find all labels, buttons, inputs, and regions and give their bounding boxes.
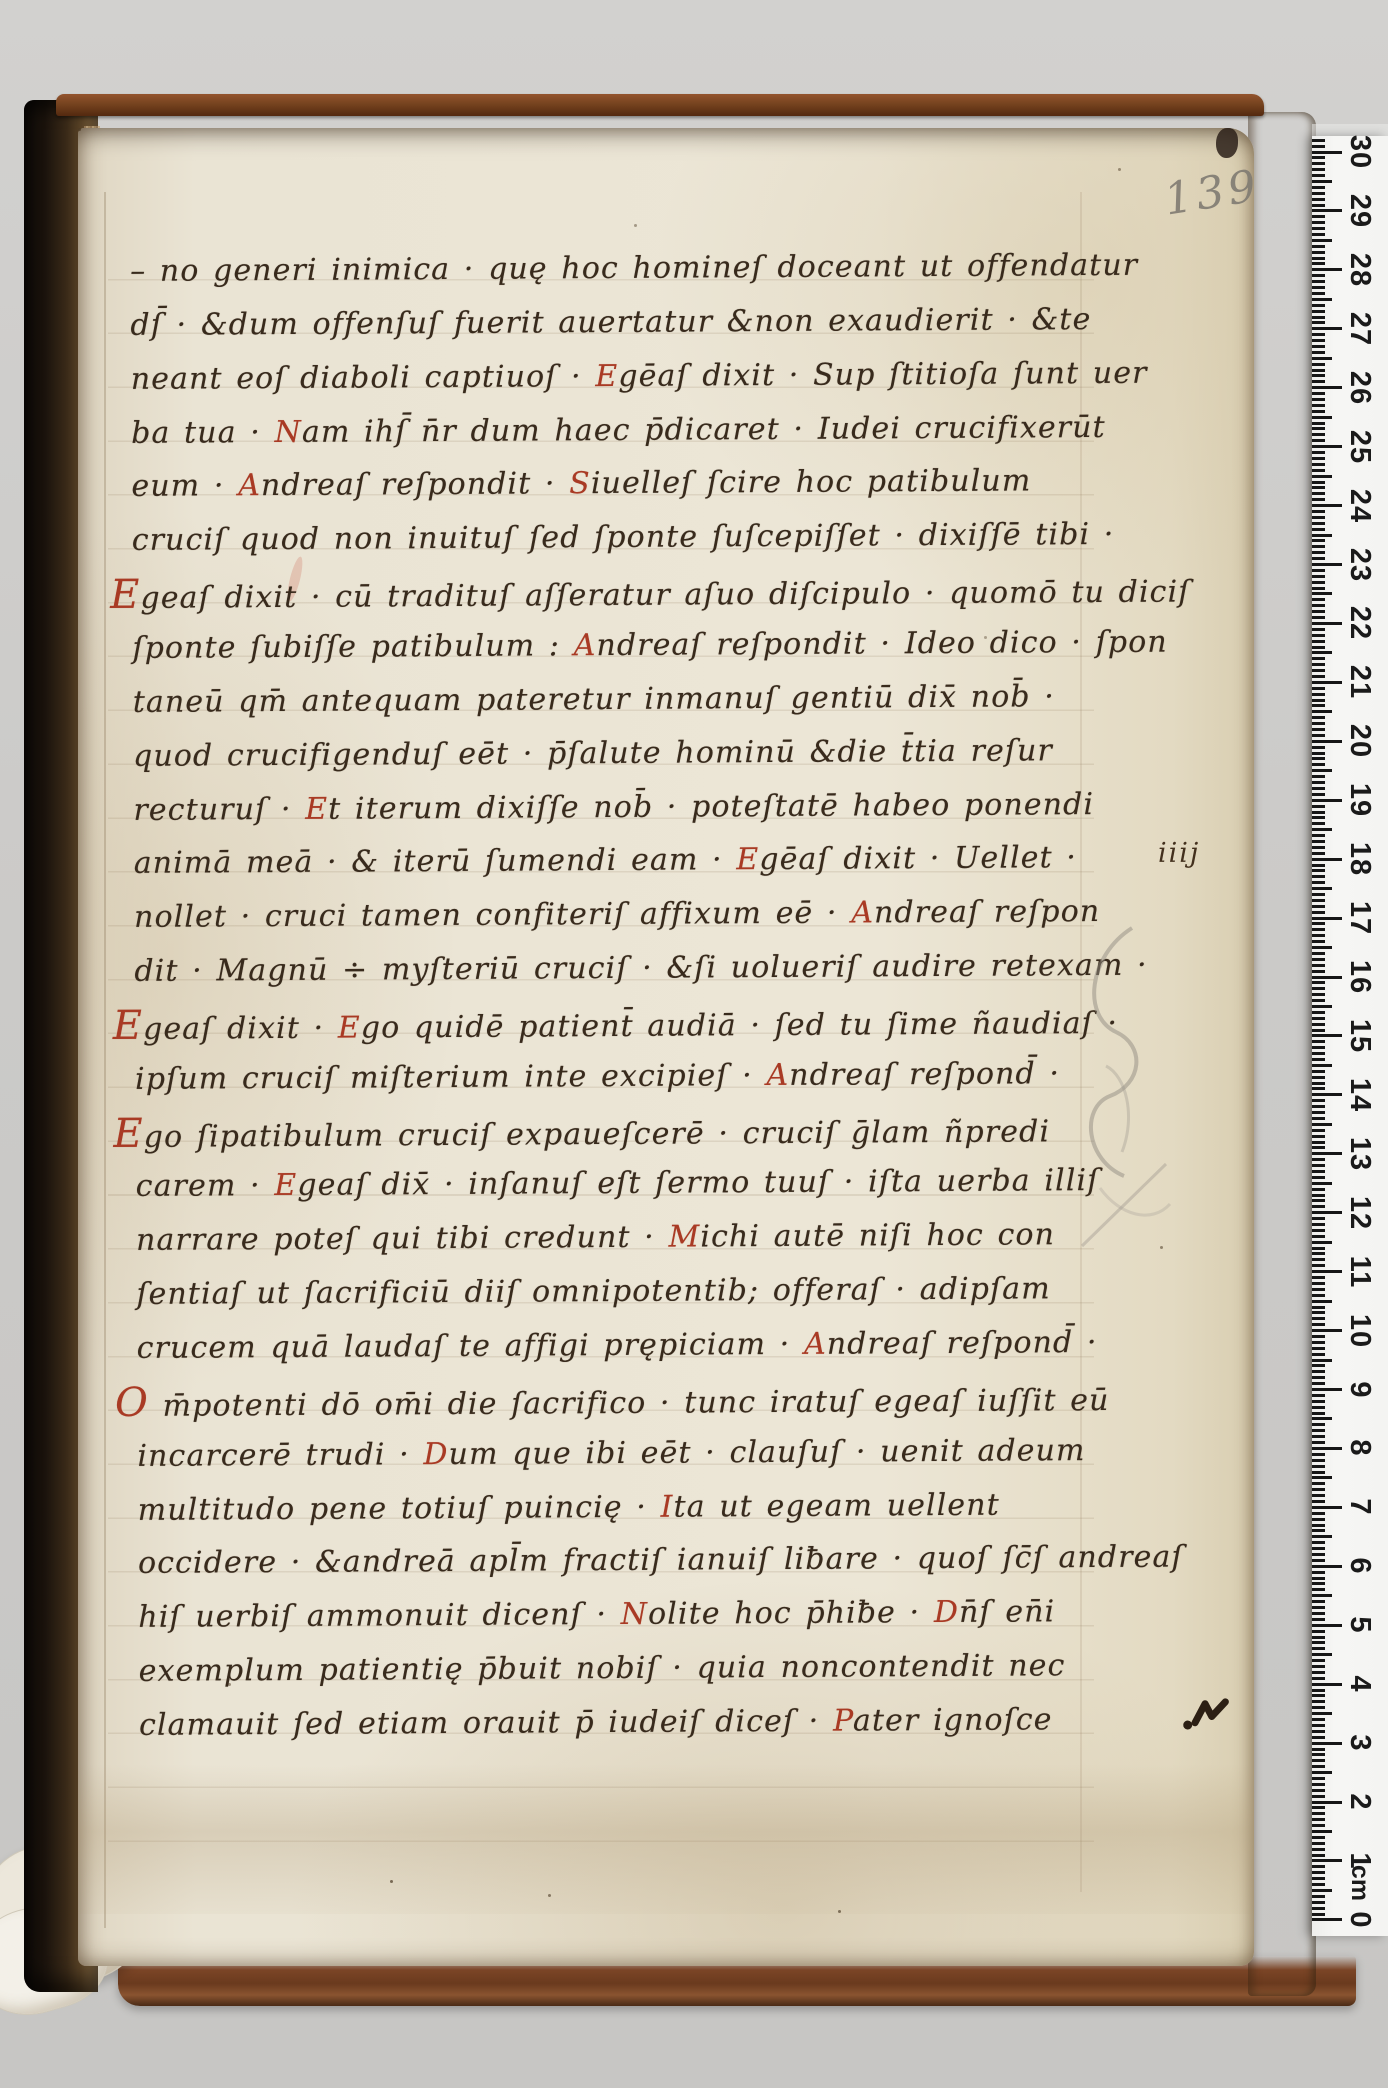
ruler-tick xyxy=(1312,1087,1325,1090)
line-text: iuelleſ ſcire hoc patibulum xyxy=(591,464,1032,502)
rubricated-initial: E xyxy=(595,359,618,394)
ruler-tick xyxy=(1312,1636,1325,1639)
ruler-tick xyxy=(1312,1123,1332,1126)
ruler-tick xyxy=(1312,410,1325,413)
ruler-tick xyxy=(1312,139,1325,142)
ruler-tick xyxy=(1312,239,1332,242)
ruler-tick xyxy=(1312,763,1325,766)
line-text: ſponte ſubiſſe patibulum : xyxy=(132,628,573,666)
ruler-tick xyxy=(1312,905,1325,908)
ruler-number-5: 5 xyxy=(1345,1601,1375,1649)
ruler-tick xyxy=(1312,1918,1342,1921)
ruler-tick xyxy=(1312,1453,1325,1456)
ruler-tick xyxy=(1312,728,1325,731)
ruler-tick xyxy=(1312,481,1325,484)
ruler-tick xyxy=(1312,1406,1325,1409)
ruler-tick xyxy=(1312,1653,1332,1656)
ruler-tick xyxy=(1312,1600,1325,1603)
ruler-tick xyxy=(1312,1582,1325,1585)
ruler-tick xyxy=(1312,180,1332,183)
ruler-tick xyxy=(1312,1836,1325,1839)
ruler-tick xyxy=(1312,1547,1325,1550)
ruler-tick xyxy=(1312,1099,1325,1102)
ruler-tick xyxy=(1312,1476,1332,1479)
ruler-number-9: 9 xyxy=(1345,1366,1375,1414)
ruler-tick xyxy=(1312,1736,1325,1739)
ruler-tick xyxy=(1312,374,1325,377)
rubricated-initial: N xyxy=(274,414,302,449)
ruler-tick xyxy=(1312,545,1325,548)
ruler-tick xyxy=(1312,1659,1325,1662)
ruler-tick xyxy=(1312,1176,1325,1179)
rubricated-initial: S xyxy=(569,467,591,502)
rubricated-initial: E xyxy=(113,1110,144,1156)
ruler-tick xyxy=(1312,1447,1342,1450)
ruler-tick xyxy=(1312,1694,1325,1697)
ruler-tick xyxy=(1312,928,1325,931)
ruler-tick xyxy=(1312,1753,1325,1756)
line-text: geaſ dix̄ · inſanuſ eſt ſermo tuuſ · iſt… xyxy=(297,1163,1099,1203)
ruler-tick xyxy=(1312,875,1325,878)
ruler-tick xyxy=(1312,1818,1325,1821)
ruler-tick xyxy=(1312,1612,1325,1615)
ruler-tick xyxy=(1312,940,1325,943)
ruler-tick xyxy=(1312,204,1325,207)
ruler-tick xyxy=(1312,922,1325,925)
ruler-tick xyxy=(1312,1665,1325,1668)
ruler-number-2: 2 xyxy=(1345,1778,1375,1826)
ruler-tick xyxy=(1312,1341,1325,1344)
ruler-tick xyxy=(1312,363,1325,366)
top-right-dark-blot xyxy=(1216,128,1238,158)
ruler-number-10: 10 xyxy=(1345,1307,1375,1355)
ruler-tick xyxy=(1312,1235,1325,1238)
ruler-tick xyxy=(1312,1040,1325,1043)
ruler-tick xyxy=(1312,1093,1342,1096)
ruler-tick xyxy=(1312,757,1325,760)
ruler-tick xyxy=(1312,198,1325,201)
ruler-tick xyxy=(1312,1394,1325,1397)
ruler-tick xyxy=(1312,1376,1325,1379)
ruler-tick xyxy=(1312,1553,1325,1556)
ruler-number-18: 18 xyxy=(1345,835,1375,883)
ruler-number-30: 30 xyxy=(1345,128,1375,176)
ruler-tick xyxy=(1312,1765,1325,1768)
line-text: narrare poteſ qui tibi credunt · xyxy=(136,1220,669,1258)
ruler-tick xyxy=(1312,1300,1332,1303)
ruler-number-26: 26 xyxy=(1345,364,1375,412)
ruler-tick xyxy=(1312,1724,1325,1727)
ruler-tick xyxy=(1312,457,1325,460)
ruler-tick xyxy=(1312,587,1325,590)
ruler-tick xyxy=(1312,1871,1325,1874)
ruler-tick xyxy=(1312,1164,1325,1167)
ruler-tick xyxy=(1312,687,1325,690)
ruler-tick xyxy=(1312,1317,1325,1320)
ruler-tick xyxy=(1312,1264,1325,1267)
ruler-tick xyxy=(1312,816,1325,819)
ruler-number-24: 24 xyxy=(1345,482,1375,530)
ruler-number-20: 20 xyxy=(1345,717,1375,765)
ruler-tick xyxy=(1312,976,1342,979)
line-text: ſentiaſ ut ſacrificiū diiſ omnipotentib;… xyxy=(136,1271,1051,1312)
manuscript-page: – no generi inimica · quę hoc homineſ do… xyxy=(78,128,1254,1966)
ruler-tick xyxy=(1312,893,1325,896)
ruler-tick xyxy=(1312,351,1325,354)
ruler-tick xyxy=(1312,1712,1332,1715)
line-text: m̄potenti dō om̄i die ſacrifico · tunc i… xyxy=(149,1383,1110,1424)
ruler-tick xyxy=(1312,1588,1325,1591)
ruler-tick xyxy=(1312,1777,1325,1780)
ink-blot-mark xyxy=(1182,1692,1232,1737)
ruler-tick xyxy=(1312,610,1325,613)
ruler-tick xyxy=(1312,1111,1325,1114)
ruler-tick xyxy=(1312,781,1325,784)
ruler-tick xyxy=(1312,1789,1325,1792)
ruler-tick xyxy=(1312,1606,1325,1609)
ruler-tick xyxy=(1312,416,1332,419)
manuscript-line-21: crucem quā laudaſ te affigi prępiciam · … xyxy=(137,1316,1098,1376)
ruler-tick xyxy=(1312,634,1325,637)
ruler-tick xyxy=(1312,1152,1342,1155)
ruler-tick xyxy=(1312,327,1342,330)
manuscript-line-16: ipſum cruciſ miſterium inte excipieſ · A… xyxy=(135,1047,1060,1107)
ruler-tick xyxy=(1312,1058,1325,1061)
line-text: neant eoſ diaboli captiuoſ · xyxy=(131,359,596,397)
line-text: quod crucifigenduſ eēt · p̄ſalute hominū… xyxy=(133,733,1053,774)
ruler-tick xyxy=(1312,186,1325,189)
ruler-tick xyxy=(1312,999,1325,1002)
ruler-tick xyxy=(1312,1771,1332,1774)
ruler-tick xyxy=(1312,881,1325,884)
ruler-tick xyxy=(1312,345,1325,348)
manuscript-line-1: – no generi inimica · quę hoc homineſ do… xyxy=(130,239,1138,299)
ruler-tick xyxy=(1312,828,1332,831)
rubricated-initial: D xyxy=(934,1595,959,1630)
line-text: dſ̄ · &dum offenſuſ fuerit auertatur &no… xyxy=(130,302,1091,343)
manuscript-line-11: recturuſ · Et iterum dixiſſe nob̄ · pote… xyxy=(133,778,1094,838)
manuscript-line-2: dſ̄ · &dum offenſuſ fuerit auertatur &no… xyxy=(130,293,1091,353)
ruler-tick xyxy=(1312,616,1325,619)
ruler-tick xyxy=(1312,970,1325,973)
ruler-tick xyxy=(1312,834,1325,837)
line-text: ndreaſ reſpond̄ · xyxy=(827,1325,1098,1362)
ruler-tick xyxy=(1312,1577,1325,1580)
ruler-tick xyxy=(1312,268,1342,271)
ruler-tick xyxy=(1312,1070,1325,1073)
ruler-tick xyxy=(1312,669,1325,672)
ruler-tick xyxy=(1312,887,1332,890)
ruler-tick xyxy=(1312,1559,1325,1562)
ruler-tick xyxy=(1312,286,1325,289)
line-text: go quidē patient̄ audiā · ſed tu ſime ña… xyxy=(361,1006,1118,1046)
ruler-tick xyxy=(1312,846,1325,849)
ruler-tick xyxy=(1312,1034,1342,1037)
ruler-tick xyxy=(1312,1017,1325,1020)
ruler-tick xyxy=(1312,1046,1325,1049)
line-text: n̄ſ en̄i xyxy=(959,1595,1055,1631)
ruler-tick xyxy=(1312,946,1332,949)
rubricated-initial: N xyxy=(621,1597,649,1632)
line-text: ba tua · xyxy=(131,415,275,451)
ruler-tick xyxy=(1312,1482,1325,1485)
rubricated-initial: P xyxy=(833,1703,853,1738)
ruler-tick xyxy=(1312,557,1325,560)
ruler-tick xyxy=(1312,1429,1325,1432)
ruler-tick xyxy=(1312,592,1332,595)
ruler-tick xyxy=(1312,298,1332,301)
ruler-tick xyxy=(1312,504,1342,507)
ruler-number-12: 12 xyxy=(1345,1189,1375,1237)
ruler-tick xyxy=(1312,209,1342,212)
ruler-tick xyxy=(1312,1117,1325,1120)
ruler-tick xyxy=(1312,699,1325,702)
ruler-tick xyxy=(1312,174,1325,177)
line-text: multitudo pene totiuſ puincię · xyxy=(138,1489,661,1527)
ruler-tick xyxy=(1312,987,1325,990)
ruler-tick xyxy=(1312,1883,1325,1886)
ruler-tick xyxy=(1312,710,1332,713)
ruler-tick xyxy=(1312,1859,1342,1862)
manuscript-line-26: hiſ uerbiſ ammonuit dicenſ · Nolite hoc … xyxy=(138,1586,1055,1646)
ruler-tick xyxy=(1312,380,1325,383)
manuscript-line-8: ſponte ſubiſſe patibulum : Andreaſ reſpo… xyxy=(132,616,1168,676)
ruler-tick xyxy=(1312,1759,1325,1762)
ruler-tick xyxy=(1312,221,1325,224)
manuscript-line-23: incarcerē trudi · Dum que ibi eēt · clau… xyxy=(137,1424,1085,1484)
ruler-tick xyxy=(1312,1718,1325,1721)
ruler-number-19: 19 xyxy=(1345,776,1375,824)
line-text: recturuſ · xyxy=(133,791,305,827)
ruler-number-8: 8 xyxy=(1345,1424,1375,1472)
ruler-tick xyxy=(1312,1082,1325,1085)
top-page-edge-shadow xyxy=(58,112,1274,152)
rubricated-initial: E xyxy=(274,1168,297,1203)
ruler-tick xyxy=(1312,433,1325,436)
ruler-tick xyxy=(1312,522,1325,525)
ruler-tick xyxy=(1312,840,1325,843)
ruler-tick xyxy=(1312,805,1325,808)
ruler-tick xyxy=(1312,1023,1325,1026)
line-text: ta ut egeam uellent xyxy=(673,1487,999,1524)
ruler-tick xyxy=(1312,575,1325,578)
ruler-tick xyxy=(1312,516,1325,519)
ruler-tick xyxy=(1312,280,1325,283)
line-text: eum · xyxy=(131,469,238,505)
ruler-tick xyxy=(1312,310,1325,313)
manuscript-line-20: ſentiaſ ut ſacrificiū diiſ omnipotentib;… xyxy=(136,1262,1051,1322)
ruler-tick xyxy=(1312,227,1325,230)
ruler-tick xyxy=(1312,1323,1325,1326)
line-text: nollet · cruci tamen confiteriſ affixum … xyxy=(134,896,851,935)
ruler-tick xyxy=(1312,651,1332,654)
ruler-tick xyxy=(1312,1141,1325,1144)
ruler-tick xyxy=(1312,316,1325,319)
ruler-unit-label: cm xyxy=(1345,1859,1375,1907)
ruler-tick xyxy=(1312,463,1325,466)
ruler-tick xyxy=(1312,1064,1332,1067)
ruler-tick xyxy=(1312,563,1342,566)
ruler-tick xyxy=(1312,752,1325,755)
ruler-tick xyxy=(1312,1347,1325,1350)
ruler-tick xyxy=(1312,1518,1325,1521)
ruler-tick xyxy=(1312,787,1325,790)
line-text: geaſ dixit · cū tradituſ aſſeratur aſuo … xyxy=(140,575,1190,616)
ruler-tick xyxy=(1312,1306,1325,1309)
line-text: um que ibi eēt · clauſuſ · uenit adeum xyxy=(448,1433,1085,1472)
ruler-tick xyxy=(1312,1624,1342,1627)
manuscript-line-9: taneū qm̄ antequam pateretur inmanuſ gen… xyxy=(133,670,1055,730)
line-text: geaſ dixit · xyxy=(143,1011,338,1047)
ruler-tick xyxy=(1312,1571,1325,1574)
rubricated-initial: A xyxy=(238,469,261,504)
ruler-tick xyxy=(1312,1683,1342,1686)
manuscript-line-24: multitudo pene totiuſ puincię · Ita ut e… xyxy=(138,1478,1000,1537)
ruler-number-23: 23 xyxy=(1345,541,1375,589)
ruler-tick xyxy=(1312,162,1325,165)
ruler-tick xyxy=(1312,168,1325,171)
ruler-tick xyxy=(1312,1417,1332,1420)
line-text: ater ignoſce xyxy=(853,1702,1053,1738)
ruler-tick xyxy=(1312,1907,1325,1910)
pencil-scribble xyxy=(1066,916,1196,1276)
rubricated-initial: A xyxy=(766,1058,789,1093)
ruler-tick xyxy=(1312,1594,1332,1597)
rubricated-initial: E xyxy=(110,572,141,618)
ruler-tick xyxy=(1312,1194,1325,1197)
quire-signature-mark: iiij xyxy=(1158,840,1200,867)
ruler-tick xyxy=(1312,1129,1325,1132)
ruler-tick xyxy=(1312,333,1325,336)
ruler-tick xyxy=(1312,539,1325,542)
line-text: incarcerē trudi · xyxy=(137,1437,423,1474)
ruler-tick xyxy=(1312,1441,1325,1444)
ruler-tick xyxy=(1312,1895,1325,1898)
ruler-tick xyxy=(1312,911,1325,914)
manuscript-line-12: animā meā · & iterū ſumendi eam · Egēaſ … xyxy=(134,831,1078,891)
line-text: – no generi inimica · quę hoc homineſ do… xyxy=(130,248,1138,289)
ruler-tick xyxy=(1312,722,1325,725)
ruler-tick xyxy=(1312,746,1325,749)
ruler-tick xyxy=(1312,1199,1325,1202)
ruler-number-13: 13 xyxy=(1345,1130,1375,1178)
ruler-number-3: 3 xyxy=(1345,1719,1375,1767)
ruler-tick xyxy=(1312,1618,1325,1621)
ruler-tick xyxy=(1312,439,1325,442)
ruler-tick xyxy=(1312,292,1325,295)
ruler-tick xyxy=(1312,1423,1325,1426)
ruler-tick xyxy=(1312,151,1342,154)
ruler-tick xyxy=(1312,869,1325,872)
ruler-tick xyxy=(1312,1252,1325,1255)
manuscript-line-14: dit · Magnū ÷ myſteriū cruciſ · &ſi uolu… xyxy=(134,939,1148,999)
ruler-tick xyxy=(1312,1565,1342,1568)
ruler-tick xyxy=(1312,1353,1325,1356)
ruler-tick xyxy=(1312,1205,1325,1208)
ruler-tick xyxy=(1312,321,1325,324)
line-text: occidere · &andreā apl̄m fractiſ ianuiſ … xyxy=(138,1540,1184,1581)
line-text: ndreaſ reſpondit · xyxy=(261,467,570,504)
ruler-tick xyxy=(1312,864,1325,867)
ruler-tick xyxy=(1312,1700,1325,1703)
line-text: ichi autē niſi hoc con xyxy=(700,1218,1055,1255)
ruler-tick xyxy=(1312,1270,1342,1273)
manuscript-line-19: narrare poteſ qui tibi credunt · Michi a… xyxy=(136,1209,1055,1269)
line-text: am ihſ̄ n̄r dum haec p̄dicaret · Iudei c… xyxy=(302,410,1106,450)
rubricated-initial: I xyxy=(660,1489,673,1524)
ruler-tick xyxy=(1312,1241,1332,1244)
ruler-number-27: 27 xyxy=(1345,305,1375,353)
rubricated-initial: E xyxy=(305,791,328,826)
ruler-tick xyxy=(1312,1258,1325,1261)
ruler-number-16: 16 xyxy=(1345,953,1375,1001)
ruler-tick xyxy=(1312,1500,1325,1503)
line-text: exemplum patientię p̄buit nobiſ · quia n… xyxy=(139,1648,1066,1689)
ruler-tick xyxy=(1312,339,1325,342)
ruler-tick xyxy=(1312,1913,1325,1916)
line-text: ndreaſ reſpond̄ · xyxy=(789,1056,1060,1093)
rubricated-initial: A xyxy=(804,1327,827,1362)
manuscript-line-4: ba tua · Nam ihſ̄ n̄r dum haec p̄dicaret… xyxy=(131,401,1106,461)
ruler-tick xyxy=(1312,1388,1342,1391)
rubricated-initial: D xyxy=(423,1437,448,1472)
ruler-tick xyxy=(1312,451,1325,454)
ruler-number-4: 4 xyxy=(1345,1660,1375,1708)
ruler-tick xyxy=(1312,1830,1332,1833)
ruler-tick xyxy=(1312,622,1342,625)
ruler-tick xyxy=(1312,1689,1325,1692)
manuscript-line-13: nollet · cruci tamen confiteriſ affixum … xyxy=(134,885,1100,945)
ruler-tick xyxy=(1312,427,1325,430)
ruler-tick xyxy=(1312,492,1325,495)
ruler-tick xyxy=(1312,1465,1325,1468)
ruler-tick xyxy=(1312,1223,1325,1226)
ruler-tick xyxy=(1312,822,1325,825)
ruler-tick xyxy=(1312,251,1325,254)
ruler-tick xyxy=(1312,675,1325,678)
line-text: ipſum cruciſ miſterium inte excipieſ · xyxy=(135,1058,767,1097)
ruler-tick xyxy=(1312,1459,1325,1462)
ruler-tick xyxy=(1312,1877,1325,1880)
ruler-tick xyxy=(1312,1359,1332,1362)
ruler-tick xyxy=(1312,510,1325,513)
line-text: crucem quā laudaſ te affigi prępiciam · xyxy=(137,1327,804,1366)
line-text: hiſ uerbiſ ammonuit dicenſ · xyxy=(138,1597,621,1635)
cm-ruler: 3029282726252423222120191817161514131211… xyxy=(1312,136,1388,1936)
ruler-number-21: 21 xyxy=(1345,658,1375,706)
ruler-tick xyxy=(1312,917,1342,920)
ruler-tick xyxy=(1312,1182,1332,1185)
manuscript-line-3: neant eoſ diaboli captiuoſ · Egēaſ dixit… xyxy=(131,346,1148,406)
rubricated-initial: A xyxy=(574,628,597,663)
rubricated-initial: A xyxy=(851,896,874,931)
ruler-tick xyxy=(1312,993,1325,996)
manuscript-line-18: carem · Egeaſ dix̄ · inſanuſ eſt ſermo t… xyxy=(136,1154,1100,1214)
ruler-tick xyxy=(1312,1335,1325,1338)
ruler-tick xyxy=(1312,1135,1325,1138)
ruler-number-25: 25 xyxy=(1345,423,1375,471)
ruler-tick xyxy=(1312,156,1325,159)
ruler-tick xyxy=(1312,1217,1325,1220)
line-text: t iterum dixiſſe nob̄ · poteſtatē habeo … xyxy=(328,787,1094,827)
ruler-tick xyxy=(1312,1901,1325,1904)
ruler-tick xyxy=(1312,681,1342,684)
ruler-tick xyxy=(1312,1011,1325,1014)
ruler-tick xyxy=(1312,1742,1342,1745)
ruler-tick xyxy=(1312,1170,1325,1173)
ruler-tick xyxy=(1312,469,1325,472)
ruler-tick xyxy=(1312,628,1325,631)
